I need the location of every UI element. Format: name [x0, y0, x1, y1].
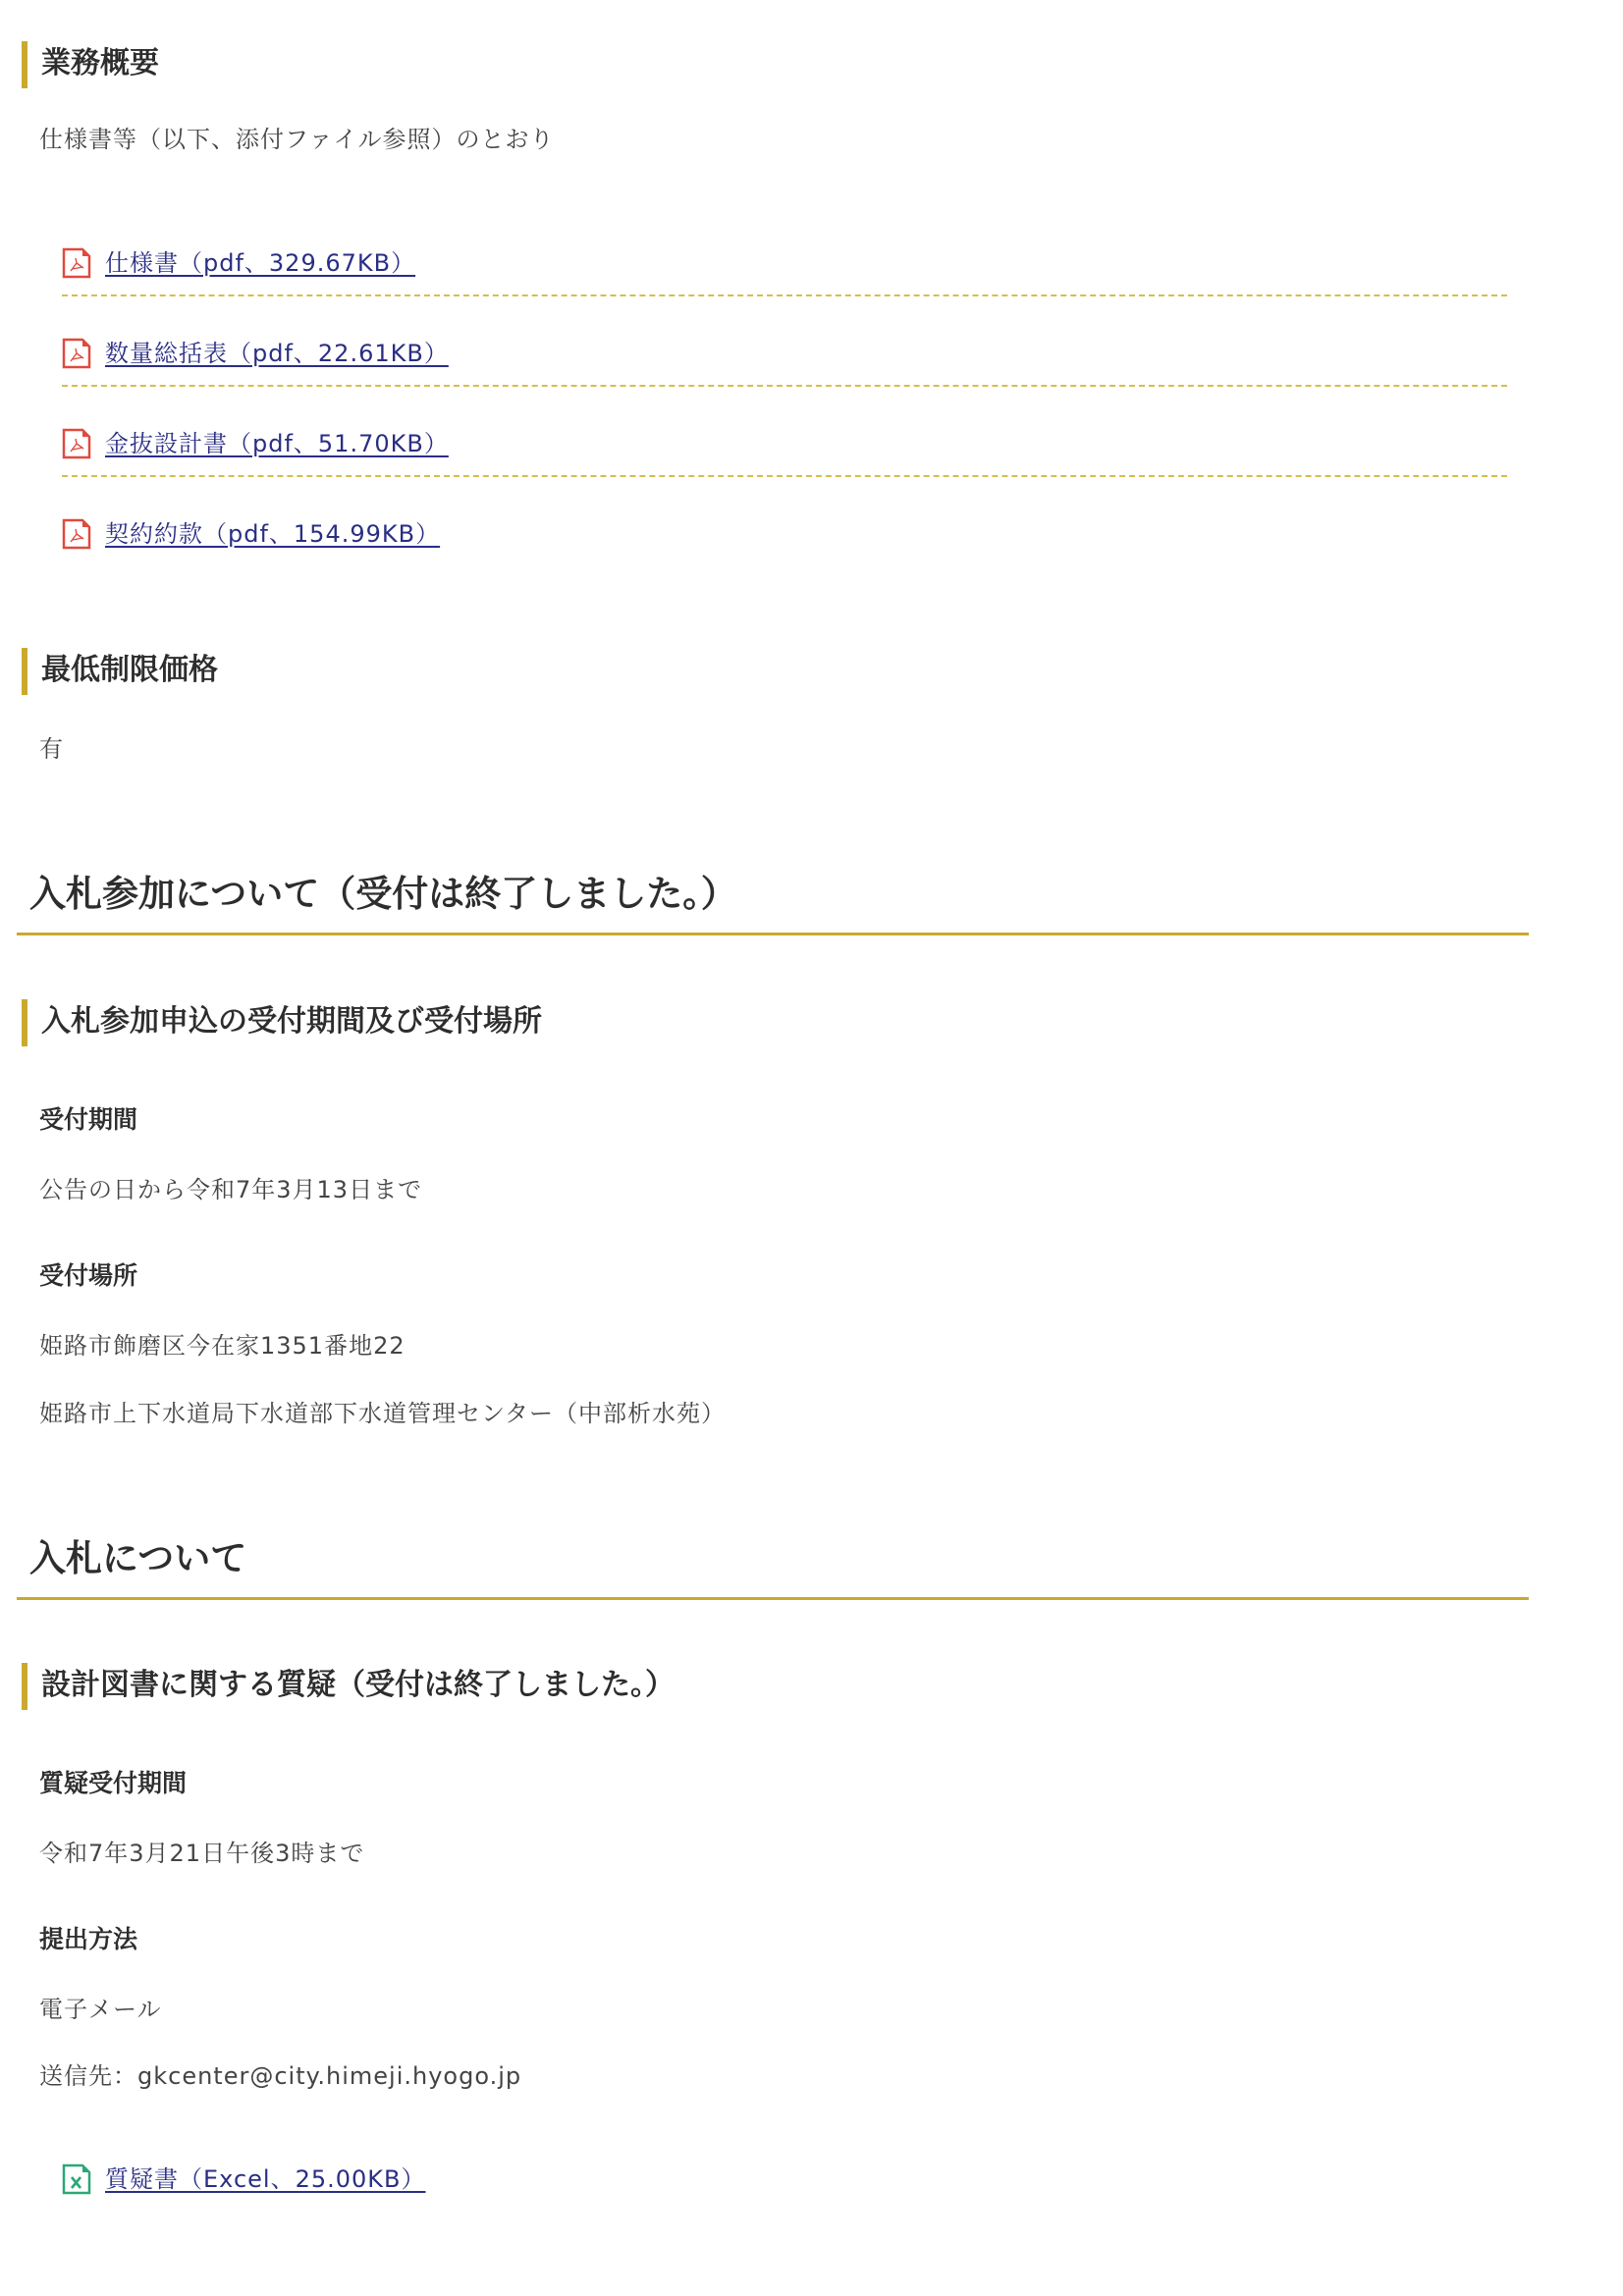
attachment-item-shitsugisho: 質疑書（Excel、25.00KB）: [62, 2160, 651, 2209]
label-uketsuke-basho: 受付場所: [39, 1256, 137, 1292]
value-uketsuke-address: 姫路市飾磨区今在家1351番地22: [39, 1326, 406, 1361]
attachment-link-kanenuki-sekkeisho[interactable]: 金抜設計書（pdf、51.70KB）: [105, 424, 449, 458]
value-email-address: 送信先：gkcenter@city.himeji.hyogo.jp: [39, 2056, 521, 2091]
attachment-item: 金抜設計書（pdf、51.70KB）: [62, 387, 1507, 477]
attachment-list: 仕様書（pdf、329.67KB） 数量総括表（pdf、22.61KB） 金抜設…: [62, 206, 1507, 567]
attachment-item: 仕様書（pdf、329.67KB）: [62, 206, 1507, 296]
label-teishutsu-hoho: 提出方法: [39, 1920, 137, 1955]
attachment-link-keiyaku-yakkan[interactable]: 契約約款（pdf、154.99KB）: [105, 514, 440, 549]
heading-text: 業務概要: [41, 46, 159, 80]
section-heading-gyomu-gaiyo: 業務概要: [22, 41, 159, 88]
subsection-heading-uketsuke: 入札参加申込の受付期間及び受付場所: [22, 999, 542, 1046]
section-heading-saitei-kakaku: 最低制限価格: [22, 648, 218, 695]
value-shitsugi-kikan: 令和7年3月21日午後3時まで: [39, 1834, 364, 1868]
value-uketsuke-kikan: 公告の日から令和7年3月13日まで: [39, 1170, 422, 1204]
section-title-nyusatsu-sanka: 入札参加について（受付は終了しました。）: [17, 864, 1529, 935]
saitei-kakaku-value: 有: [39, 729, 64, 764]
title-text: 入札について: [29, 1537, 246, 1579]
attachment-link-shitsugisho[interactable]: 質疑書（Excel、25.00KB）: [105, 2160, 425, 2194]
label-shitsugi-kikan: 質疑受付期間: [39, 1764, 187, 1799]
pdf-icon: [62, 428, 91, 459]
section-title-nyusatsu: 入札について: [17, 1528, 1529, 1600]
pdf-icon: [62, 518, 91, 550]
heading-text: 入札参加申込の受付期間及び受付場所: [41, 1004, 542, 1039]
subsection-heading-shitsugi: 設計図書に関する質疑（受付は終了しました。）: [22, 1663, 675, 1710]
pdf-icon: [62, 247, 91, 279]
gyomu-gaiyo-text: 仕様書等（以下、添付ファイル参照）のとおり: [39, 120, 555, 154]
title-text: 入札参加について（受付は終了しました。）: [29, 873, 737, 915]
heading-text: 最低制限価格: [41, 653, 218, 687]
label-uketsuke-kikan: 受付期間: [39, 1100, 137, 1136]
attachment-link-suryo-sokatsuhyo[interactable]: 数量総括表（pdf、22.61KB）: [105, 334, 449, 368]
heading-text: 設計図書に関する質疑（受付は終了しました。）: [41, 1668, 675, 1702]
value-teishutsu-hoho: 電子メール: [39, 1990, 162, 2024]
value-uketsuke-facility: 姫路市上下水道局下水道部下水道管理センター（中部析水苑）: [39, 1394, 726, 1428]
attachment-link-shiyosho[interactable]: 仕様書（pdf、329.67KB）: [105, 243, 415, 278]
excel-icon: [62, 2163, 91, 2195]
pdf-icon: [62, 338, 91, 369]
attachment-item: 契約約款（pdf、154.99KB）: [62, 477, 1507, 567]
attachment-item: 数量総括表（pdf、22.61KB）: [62, 296, 1507, 387]
